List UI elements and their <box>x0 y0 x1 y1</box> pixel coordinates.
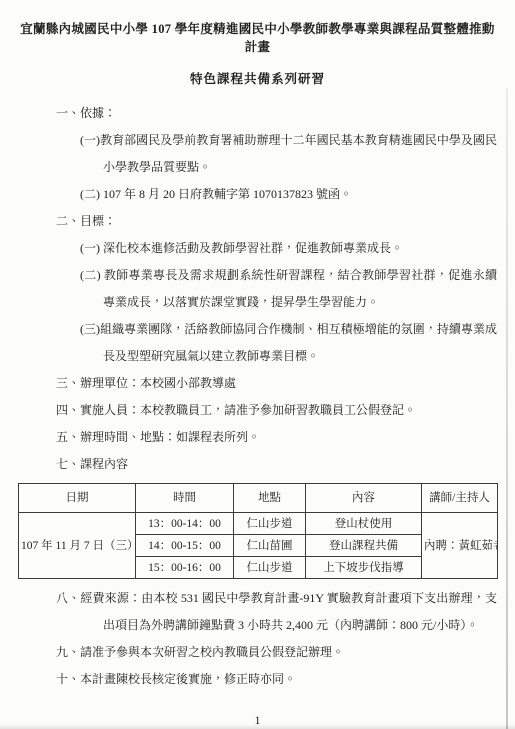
cell-time: 15：00-16：00 <box>136 557 234 579</box>
cell-content: 登山杖使用 <box>306 513 422 535</box>
cell-date: 107 年 11 月 7 日（三） <box>19 513 136 579</box>
course-schedule-table: 日期 時間 地點 內容 講師/主持人 107 年 11 月 7 日（三） 13：… <box>18 483 498 579</box>
item-1-heading: 一、依據： <box>18 100 497 127</box>
cell-place: 仁山苗圃 <box>234 535 306 557</box>
document-title: 宜蘭縣內城國民中小學 107 學年度精進國民中小學教師教學專業與課程品質整體推動… <box>18 20 497 56</box>
table-header-row: 日期 時間 地點 內容 講師/主持人 <box>19 484 498 513</box>
item-3: 三、辦理單位：本校國小部教導處 <box>18 370 497 397</box>
item-8: 八、經費來源：由本校 531 國民中學教育計畫-91Y 實驗教育計畫項下支出辦理… <box>18 585 497 639</box>
item-1-sub-1: (一)教育部國民及學前教育署補助辦理十二年國民基本教育精進國民中學及國民小學教學… <box>18 127 497 181</box>
item-9: 九、請准予參與本次研習之校內教職員公假登記辦理。 <box>18 639 497 666</box>
item-4: 四、實施人員：本校教職員工，請准予參加研習教職員工公假登記。 <box>18 397 497 424</box>
item-10: 十、本計畫陳校長核定後實施，修正時亦同。 <box>18 666 497 693</box>
document-subtitle: 特色課程共備系列研習 <box>18 70 497 88</box>
scan-edge-artifact <box>506 88 508 729</box>
cell-place: 仁山步道 <box>234 513 306 535</box>
col-header-speaker: 講師/主持人 <box>422 484 498 513</box>
item-2-sub-2: (二) 教師專業專長及需求規劃系統性研習課程，結合教師學習社群，促進永續專業成長… <box>18 262 497 316</box>
cell-content: 上下坡步伐指導 <box>306 557 422 579</box>
scan-bottom-shade <box>0 724 515 729</box>
item-5: 五、辦理時間、地點：如課程表所列。 <box>18 424 497 451</box>
item-2-sub-1: (一) 深化校本進修活動及教師學習社群，促進教師專業成長。 <box>18 235 497 262</box>
scanned-document-page: { "page": { "title_line1": "宜蘭縣內城國民中小學 1… <box>0 0 515 729</box>
document-body: 宜蘭縣內城國民中小學 107 學年度精進國民中小學教師教學專業與課程品質整體推動… <box>0 0 515 729</box>
col-header-place: 地點 <box>234 484 306 513</box>
cell-time: 14：00-15：00 <box>136 535 234 557</box>
item-2-heading: 二、目標： <box>18 208 497 235</box>
item-2-sub-3: (三)組織專業團隊，活絡教師協同合作機制、相互積極增能的氛圍，持續專業成長及型塑… <box>18 316 497 370</box>
cell-content: 登山課程共備 <box>306 535 422 557</box>
item-7: 七、課程內容 <box>18 451 497 478</box>
col-header-date: 日期 <box>19 484 136 513</box>
cell-place: 仁山步道 <box>234 557 306 579</box>
cell-instructor: 內聘：黃虹茹老師 <box>422 513 498 579</box>
col-header-content: 內容 <box>306 484 422 513</box>
table-row: 107 年 11 月 7 日（三） 13：00-14：00 仁山步道 登山杖使用… <box>19 513 498 535</box>
col-header-time: 時間 <box>136 484 234 513</box>
cell-time: 13：00-14：00 <box>136 513 234 535</box>
item-1-sub-2: (二) 107 年 8 月 20 日府教輔字第 1070137823 號函。 <box>18 181 497 208</box>
